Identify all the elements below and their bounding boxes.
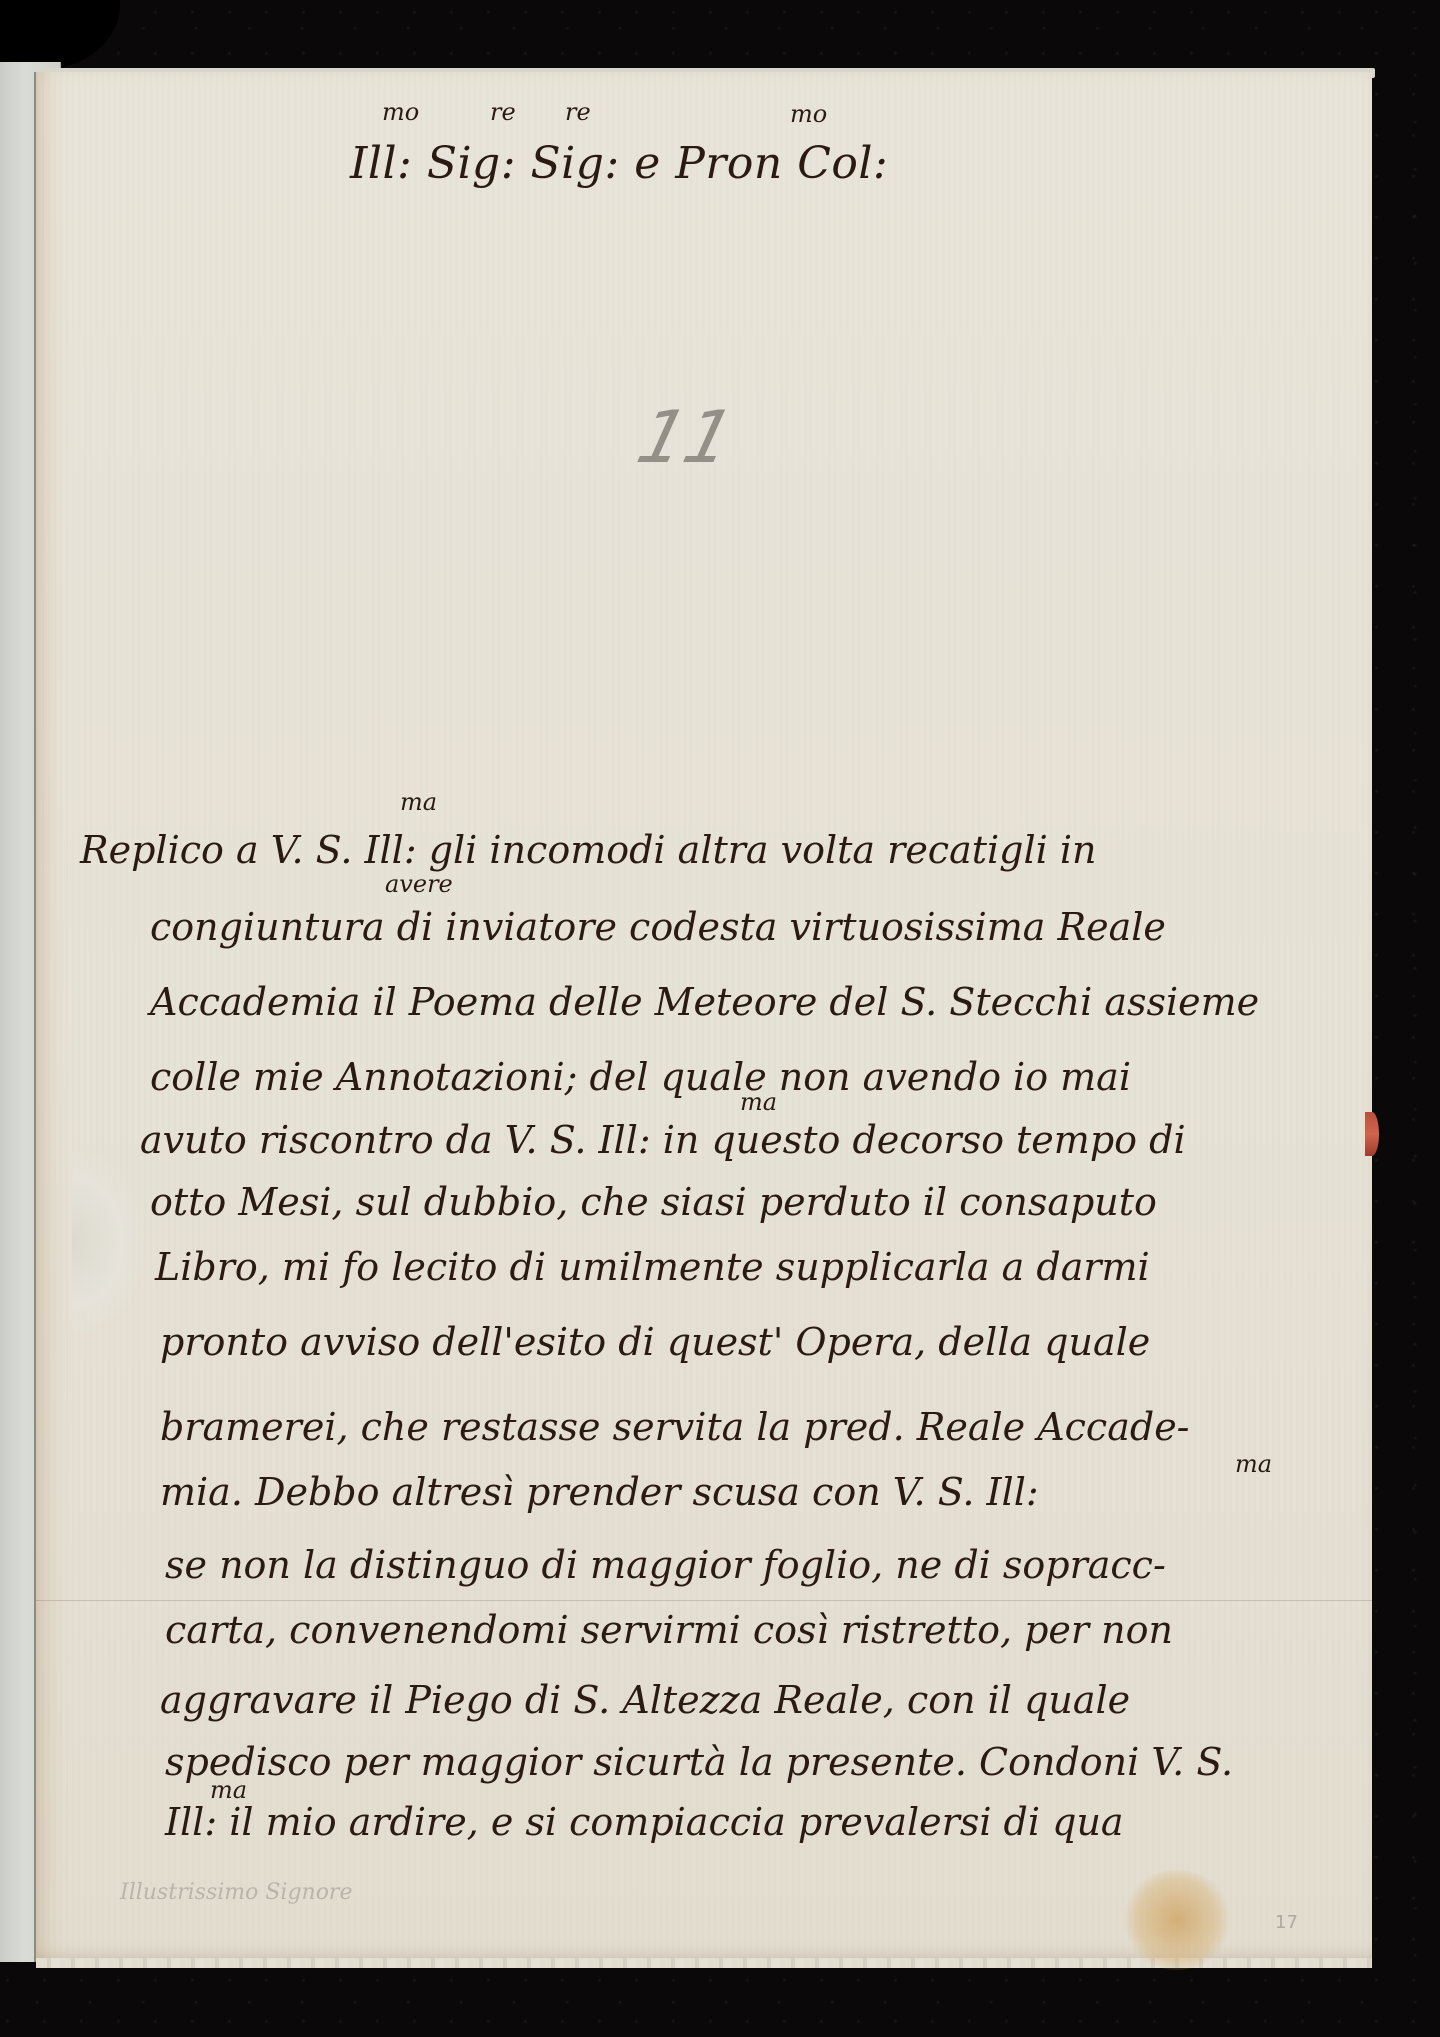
letter-line: se non la distinguo di maggior foglio, n… xyxy=(165,1543,1166,1587)
line-superscript: ma xyxy=(1235,1450,1272,1478)
letter-line: Replico a V. S. Ill: gli incomodi altra … xyxy=(80,828,1097,872)
letter-line: colle mie Annotazioni; del quale non ave… xyxy=(150,1055,1131,1099)
wax-seal-fragment xyxy=(1365,1112,1379,1156)
salutation-superscript: mo xyxy=(790,100,827,128)
fold-line xyxy=(36,1600,1372,1601)
letter-line: Accademia il Poema delle Meteore del S. … xyxy=(150,980,1259,1024)
line-superscript: avere xyxy=(385,870,453,898)
letter-line: bramerei, che restasse servita la pred. … xyxy=(160,1405,1190,1449)
salutation-superscript: re xyxy=(565,98,591,126)
letter-line: spedisco per maggior sicurtà la presente… xyxy=(165,1740,1233,1784)
bleedthrough-note: Illustrissimo Signore xyxy=(120,1880,352,1905)
letter-line: aggravare il Piego di S. Altezza Reale, … xyxy=(160,1678,1130,1722)
letter-line: congiuntura di inviatore codesta virtuos… xyxy=(150,905,1166,949)
salutation-superscript: mo xyxy=(382,98,419,126)
letter-line: carta, convenendomi servirmi così ristre… xyxy=(165,1608,1173,1652)
letter-line: pronto avviso dell'esito di quest' Opera… xyxy=(160,1320,1150,1364)
letter-line: Ill: il mio ardire, e si compiaccia prev… xyxy=(165,1800,1124,1844)
corner-mark: 17 xyxy=(1275,1912,1298,1933)
foxing-stain xyxy=(1122,1870,1232,1970)
letter-line: otto Mesi, sul dubbio, che siasi perduto… xyxy=(150,1180,1157,1224)
paper-tear xyxy=(72,1152,142,1332)
line-superscript: ma xyxy=(210,1776,247,1804)
line-superscript: ma xyxy=(400,788,437,816)
letter-line: avuto riscontro da V. S. Ill: in questo … xyxy=(140,1118,1186,1162)
letter-line: mia. Debbo altresì prender scusa con V. … xyxy=(160,1470,1039,1514)
line-superscript: ma xyxy=(740,1088,777,1116)
salutation: Ill: Sig: Sig: e Pron Col: xyxy=(350,138,888,189)
letter-line: Libro, mi fo lecito di umilmente supplic… xyxy=(155,1245,1150,1289)
salutation-superscript: re xyxy=(490,98,516,126)
